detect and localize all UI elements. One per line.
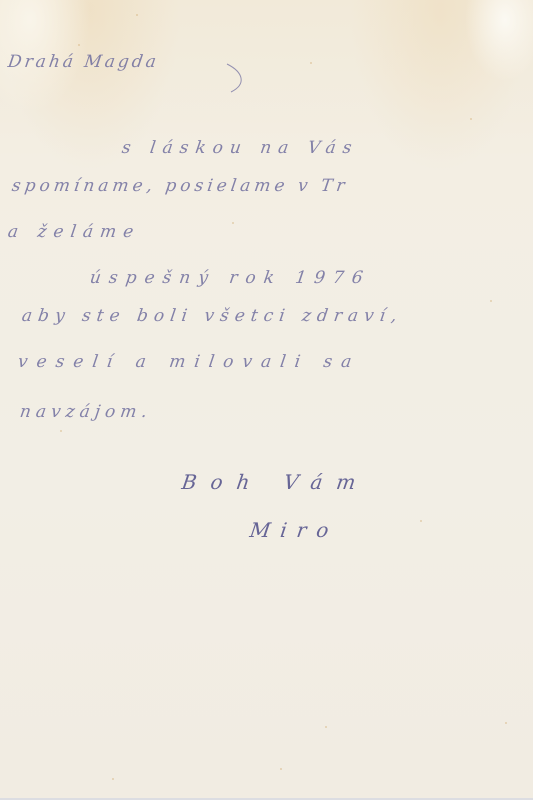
pen-flourish-icon	[225, 62, 255, 94]
paper-speck	[60, 430, 62, 432]
body-line-2: spomíname, posielame v Tr	[11, 176, 350, 196]
body-line-5: aby ste boli všetci zdraví,	[21, 306, 404, 326]
body-line-1: s láskou na Vás	[121, 138, 360, 158]
paper-speck	[112, 778, 114, 780]
body-line-6: veselí a milovali sa	[17, 352, 362, 372]
paper-speck	[310, 62, 312, 64]
signature: Miro	[248, 518, 340, 542]
body-line-4: úspešný rok 1976	[89, 268, 372, 288]
paper-speck	[78, 44, 80, 46]
body-line-7: navzájom.	[19, 402, 154, 422]
paper-speck	[470, 118, 472, 120]
paper-speck	[490, 300, 492, 302]
paper-speck	[136, 14, 138, 16]
paper-speck	[280, 768, 282, 770]
paper-speck	[420, 520, 422, 522]
closing: Boh Vám	[180, 470, 371, 494]
body-line-3: a želáme	[7, 222, 142, 242]
paper-speck	[505, 722, 507, 724]
paper-speck	[232, 222, 234, 224]
letter-sheet: Drahá Magda s láskou na Vás spomíname, p…	[0, 0, 533, 800]
salutation: Drahá Magda	[7, 52, 161, 72]
paper-speck	[325, 726, 327, 728]
